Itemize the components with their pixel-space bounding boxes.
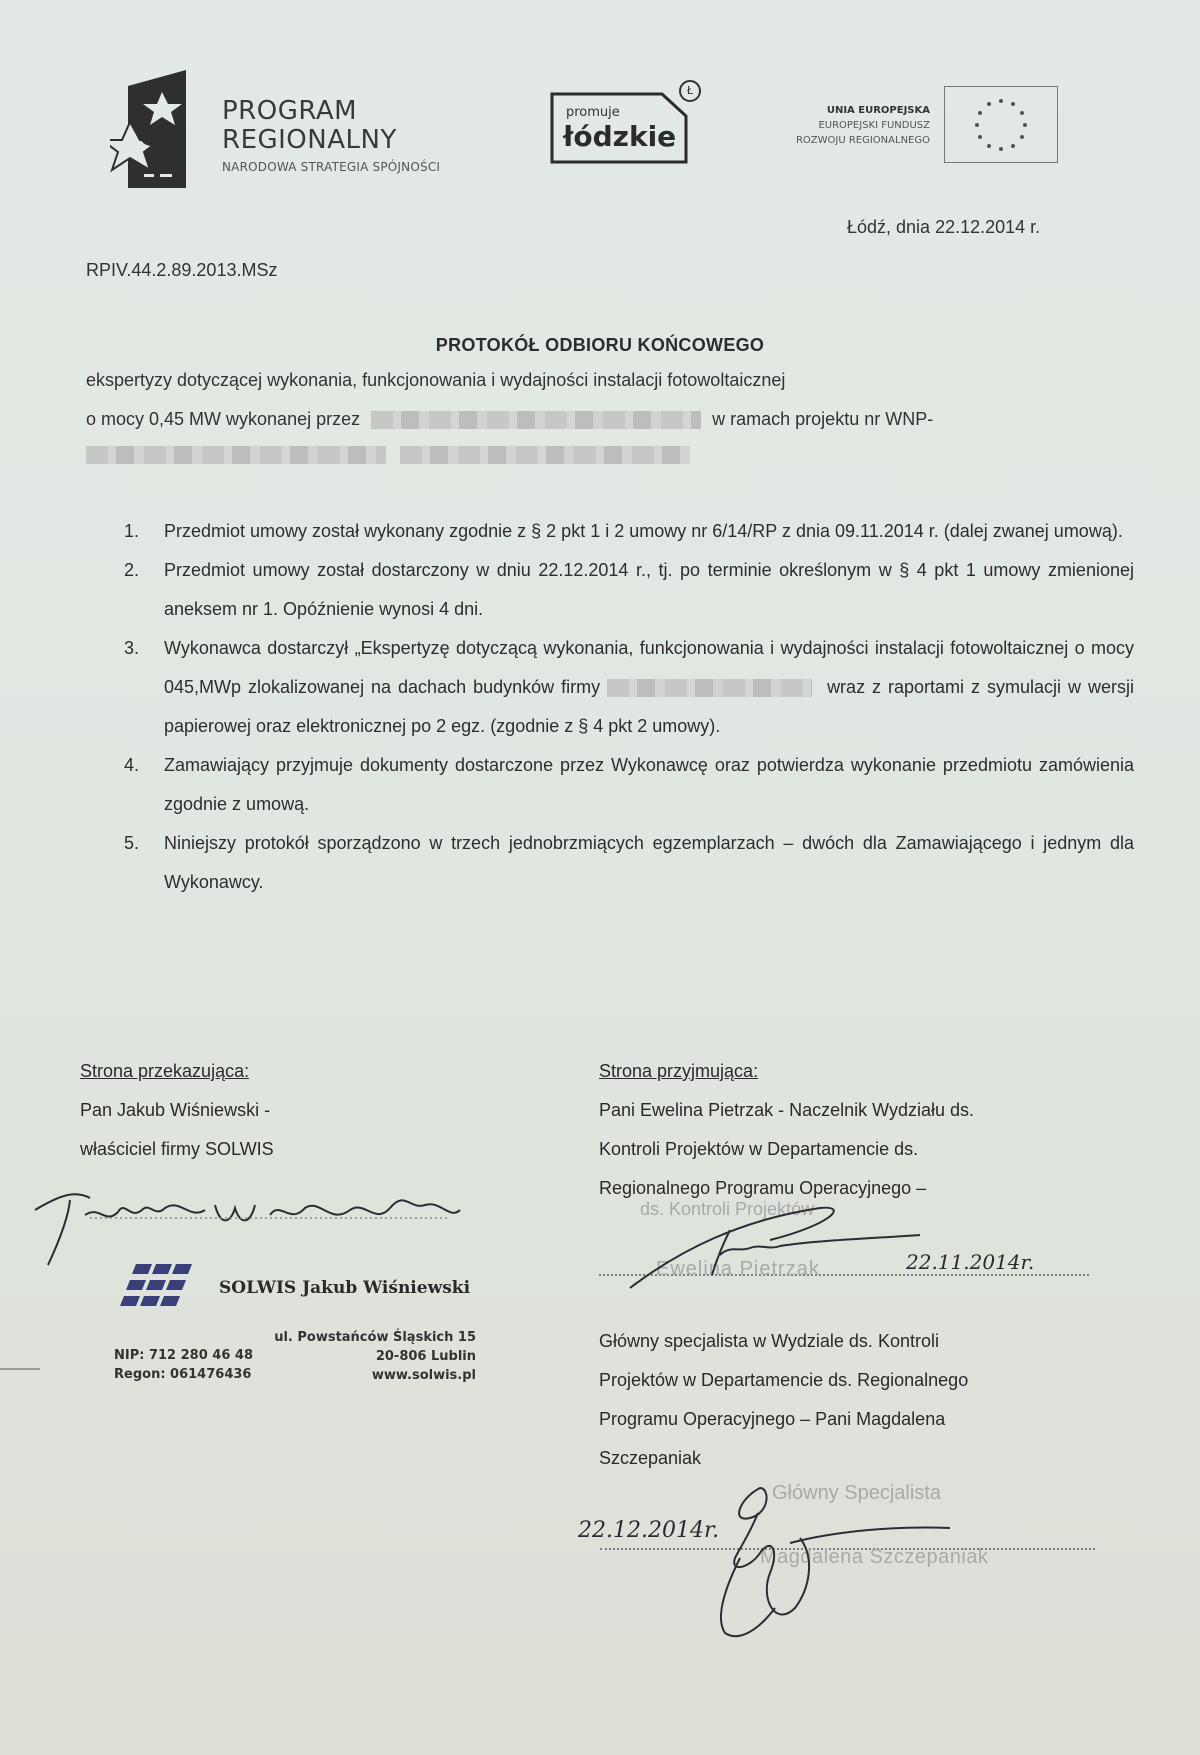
receiving-party: Strona przyjmująca: Pani Ewelina Pietrza… [599, 1052, 1099, 1208]
redacted-block [400, 446, 690, 464]
item-number: 5. [124, 824, 139, 863]
intro-line-2-start: o mocy 0,45 MW wykonanej przez [86, 409, 360, 429]
eu-flag-icon [944, 86, 1058, 163]
item-text: Zamawiający przyjmuje dokumenty dostarcz… [164, 755, 1134, 814]
protocol-item: 2. Przedmiot umowy został dostarczony w … [164, 551, 1134, 629]
intro-line-2-end: w ramach projektu nr WNP- [712, 409, 933, 429]
receiving-line-1: Pani Ewelina Pietrzak - Naczelnik Wydzia… [599, 1091, 1099, 1130]
signature-jakub-wisniewski-icon [30, 1180, 500, 1270]
strategy-subtitle: NARODOWA STRATEGIA SPÓJNOŚCI [222, 161, 440, 173]
second-line-2: Projektów w Departamencie ds. Regionalne… [599, 1361, 1099, 1400]
eu-regional-label: ROZWOJU REGIONALNEGO [740, 133, 930, 148]
item-text: Przedmiot umowy został dostarczony w dni… [164, 560, 1134, 619]
intro-line-2: o mocy 0,45 MW wykonanej przez w ramach … [86, 409, 1096, 430]
item-text: Niniejszy protokół sporządzono w trzech … [164, 833, 1134, 892]
second-line-1: Główny specjalista w Wydziale ds. Kontro… [599, 1322, 1099, 1361]
lodzkie-text: łódzkie [563, 120, 676, 153]
receiving-heading: Strona przyjmująca: [599, 1052, 1099, 1091]
protocol-item: 5. Niniejszy protokół sporządzono w trze… [164, 824, 1134, 902]
solwis-website: www.solwis.pl [240, 1366, 476, 1385]
lodzkie-mark-icon: Ł [679, 80, 701, 102]
solwis-street: ul. Powstańców Śląskich 15 [240, 1328, 476, 1347]
handing-over-party: Strona przekazująca: Pan Jakub Wiśniewsk… [80, 1052, 520, 1169]
item-number: 4. [124, 746, 139, 785]
redacted-project-number [86, 446, 690, 464]
program-regionalny-text: PROGRAM REGIONALNY NARODOWA STRATEGIA SP… [222, 98, 440, 173]
reference-number: RPIV.44.2.89.2013.MSz [86, 260, 277, 281]
protocol-items-list: 1. Przedmiot umowy został wykonany zgodn… [124, 512, 1134, 902]
solwis-address: ul. Powstańców Śląskich 15 20-806 Lublin… [240, 1328, 476, 1385]
eu-fund-label: EUROPEJSKI FUNDUSZ [740, 118, 930, 133]
eu-union-label: UNIA EUROPEJSKA [740, 103, 930, 118]
eu-fund-text: UNIA EUROPEJSKA EUROPEJSKI FUNDUSZ ROZWO… [740, 103, 930, 148]
item-number: 2. [124, 551, 139, 590]
signature-szczepaniak-icon [720, 1478, 1040, 1638]
signature-date-2: 22.12.2014r. [578, 1518, 719, 1543]
solwis-logo-icon [120, 1262, 210, 1314]
signature-pietrzak-icon [620, 1200, 950, 1290]
handing-over-name: Pan Jakub Wiśniewski - [80, 1091, 520, 1130]
second-line-3: Programu Operacyjnego – Pani Magdalena [599, 1400, 1099, 1439]
intro-line-1: ekspertyzy dotyczącej wykonania, funkcjo… [86, 370, 1096, 391]
item-number: 3. [124, 629, 139, 668]
solwis-city: 20-806 Lublin [240, 1347, 476, 1366]
protocol-item: 1. Przedmiot umowy został wykonany zgodn… [164, 512, 1134, 551]
program-line: PROGRAM [222, 98, 440, 124]
signature-date-1: 22.11.2014r. [906, 1250, 1034, 1274]
lodzkie-promuje-text: promuje [566, 105, 620, 120]
document-title: PROTOKÓŁ ODBIORU KOŃCOWEGO [0, 335, 1200, 356]
handing-over-role: właściciel firmy SOLWIS [80, 1130, 520, 1169]
redacted-company [607, 679, 812, 697]
solwis-ids: NIP: 712 280 46 48 Regon: 061476436 [114, 1346, 253, 1384]
place-and-date: Łódź, dnia 22.12.2014 r. [847, 217, 1040, 238]
solwis-stamp-name: SOLWIS Jakub Wiśniewski [219, 1278, 470, 1298]
handing-over-heading: Strona przekazująca: [80, 1052, 520, 1091]
item-text: Przedmiot umowy został wykonany zgodnie … [164, 521, 1123, 541]
protocol-item: 4. Zamawiający przyjmuje dokumenty dosta… [164, 746, 1134, 824]
receiving-second-signatory: Główny specjalista w Wydziale ds. Kontro… [599, 1322, 1099, 1478]
program-regionalny-logo-icon [110, 70, 190, 188]
second-line-4: Szczepaniak [599, 1439, 1099, 1478]
redacted-contractor [371, 411, 701, 429]
receiving-line-2: Kontroli Projektów w Departamencie ds. [599, 1130, 1099, 1169]
edge-mark [0, 1368, 40, 1370]
regionalny-line: REGIONALNY [222, 127, 440, 153]
protocol-item: 3. Wykonawca dostarczył „Ekspertyzę doty… [164, 629, 1134, 746]
item-number: 1. [124, 512, 139, 551]
solwis-regon: Regon: 061476436 [114, 1365, 253, 1384]
redacted-block [86, 446, 386, 464]
solwis-nip: NIP: 712 280 46 48 [114, 1346, 253, 1365]
